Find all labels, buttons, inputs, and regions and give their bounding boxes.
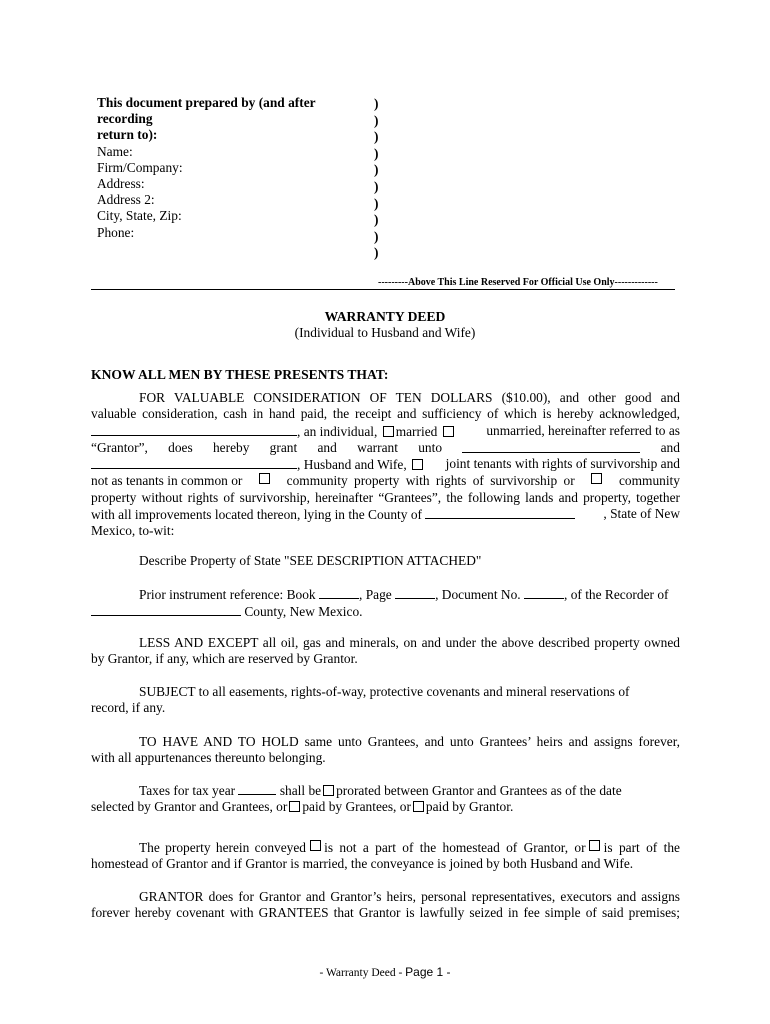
text-line: by Grantor, if any, which are reserved b…	[91, 651, 680, 667]
field-name-label: Name:	[97, 144, 367, 160]
text: is not a part of the homestead of Granto…	[324, 840, 585, 856]
paid-by-grantees-checkbox[interactable]	[289, 801, 300, 812]
text: warrant	[357, 440, 398, 456]
grantee2-name-blank[interactable]	[91, 456, 297, 469]
text-line: County, New Mexico.	[91, 603, 680, 620]
paid-by-grantor-checkbox[interactable]	[413, 801, 424, 812]
text-line: Prior instrument reference: Book , Page …	[91, 586, 680, 603]
field-firm-label: Firm/Company:	[97, 160, 367, 176]
is-homestead-checkbox[interactable]	[589, 840, 600, 851]
text: , Page	[359, 587, 392, 602]
text-line: , Husband and Wife, joint tenants with r…	[91, 456, 680, 473]
text: community property with rights of surviv…	[287, 473, 575, 489]
text: prorated between Grantor and Grantees as…	[336, 783, 622, 798]
text: does	[168, 440, 193, 456]
document-page: This document prepared by (and after rec…	[0, 0, 770, 1024]
footer-title: - Warranty Deed -	[319, 967, 405, 979]
paren: )	[374, 146, 378, 163]
taxes-paragraph: Taxes for tax year shall beprorated betw…	[91, 782, 680, 816]
text-line: FOR VALUABLE CONSIDERATION OF TEN DOLLAR…	[91, 390, 680, 406]
page-blank[interactable]	[395, 586, 435, 599]
less-except-paragraph: LESS AND EXCEPT all oil, gas and mineral…	[91, 635, 680, 668]
subject-paragraph: SUBJECT to all easements, rights-of-way,…	[91, 684, 680, 717]
text: selected by Grantor and Grantees, or	[91, 799, 287, 814]
page-number: Page 1 -	[405, 965, 450, 979]
preparer-heading-2: return to):	[97, 127, 367, 143]
text: The property herein conveyed	[139, 840, 306, 856]
text: Taxes for tax year	[139, 783, 235, 798]
paren: )	[374, 179, 378, 196]
text-line: “Grantor”, does hereby grant and warrant…	[91, 440, 680, 456]
text: unmarried, hereinafter referred to as	[486, 423, 680, 440]
text: , Husband and Wife,	[297, 457, 407, 472]
text: , of the Recorder of	[564, 587, 668, 602]
paren: )	[374, 162, 378, 179]
field-city-state-zip-label: City, State, Zip:	[97, 208, 367, 224]
covenant-paragraph: GRANTOR does for Grantor and Grantor’s h…	[91, 889, 680, 922]
paren: )	[374, 245, 378, 262]
page-footer: - Warranty Deed - Page 1 -	[0, 965, 770, 979]
document-title: WARRANTY DEED	[0, 309, 770, 325]
text: , an individual,	[297, 424, 377, 439]
paren: )	[374, 96, 378, 113]
document-subtitle: (Individual to Husband and Wife)	[0, 325, 770, 341]
field-address2-label: Address 2:	[97, 192, 367, 208]
text: “Grantor”,	[91, 440, 148, 456]
text: is part of the	[604, 840, 680, 856]
text: and	[317, 440, 336, 456]
text: hereby	[213, 440, 249, 456]
document-no-blank[interactable]	[524, 586, 564, 599]
text-line: GRANTOR does for Grantor and Grantor’s h…	[91, 889, 680, 905]
text-line: selected by Grantor and Grantees, orpaid…	[91, 799, 680, 815]
paren: )	[374, 196, 378, 213]
field-phone-label: Phone:	[97, 225, 367, 241]
tax-year-blank[interactable]	[238, 782, 276, 795]
text-line: TO HAVE AND TO HOLD same unto Grantees, …	[91, 734, 680, 750]
not-homestead-checkbox[interactable]	[310, 840, 321, 851]
recorder-county-blank[interactable]	[91, 603, 241, 616]
text-line: Taxes for tax year shall beprorated betw…	[91, 782, 680, 799]
book-blank[interactable]	[319, 586, 359, 599]
text-line: with all improvements located thereon, l…	[91, 506, 680, 523]
paren: )	[374, 212, 378, 229]
text-line: , an individual, married unmarried, here…	[91, 423, 680, 440]
preparer-heading-1: This document prepared by (and after rec…	[97, 95, 367, 127]
homestead-paragraph: The property herein conveyed is not a pa…	[91, 840, 680, 873]
text-line: homestead of Grantor and if Grantor is m…	[91, 856, 680, 872]
text-line: LESS AND EXCEPT all oil, gas and mineral…	[91, 635, 680, 651]
text: County, New Mexico.	[244, 604, 362, 619]
paren: )	[374, 113, 378, 130]
text: paid by Grantees, or	[302, 799, 411, 814]
text: unto	[418, 440, 442, 456]
describe-property: Describe Property of State "SEE DESCRIPT…	[91, 553, 680, 569]
text: shall be	[280, 783, 321, 798]
text: community	[619, 473, 680, 489]
text: FOR VALUABLE CONSIDERATION OF TEN DOLLAR…	[139, 390, 680, 406]
text-line: valuable consideration, cash in hand pai…	[91, 406, 680, 422]
text: with all improvements located thereon, l…	[91, 507, 422, 522]
text: grant	[270, 440, 298, 456]
text-line: SUBJECT to all easements, rights-of-way,…	[91, 684, 680, 700]
grantee-name-blank[interactable]	[462, 440, 640, 453]
prior-instrument-paragraph: Prior instrument reference: Book , Page …	[91, 586, 680, 621]
text: paid by Grantor.	[426, 799, 513, 814]
text-line: record, if any.	[91, 700, 680, 716]
text: married	[396, 424, 438, 439]
reserved-line-label: ---------Above This Line Reserved For Of…	[378, 277, 658, 288]
prorated-checkbox[interactable]	[323, 785, 334, 796]
paren: )	[374, 129, 378, 146]
habendum-paragraph: TO HAVE AND TO HOLD same unto Grantees, …	[91, 734, 680, 767]
grantor-name-blank[interactable]	[91, 423, 297, 436]
text-line: with all appurtenances thereunto belongi…	[91, 750, 680, 766]
married-checkbox[interactable]	[383, 426, 394, 437]
know-all-heading: KNOW ALL MEN BY THESE PRESENTS THAT:	[91, 367, 388, 383]
joint-tenants-checkbox[interactable]	[412, 459, 423, 470]
paren-column: ) ) ) ) ) ) ) ) ) )	[374, 96, 378, 262]
text: not as tenants in common or	[91, 473, 242, 489]
text-line: not as tenants in common or community pr…	[91, 473, 680, 489]
text: , Document No.	[435, 587, 521, 602]
community-without-survivorship-checkbox[interactable]	[591, 473, 602, 484]
divider	[91, 289, 675, 290]
unmarried-checkbox[interactable]	[443, 426, 454, 437]
text: , State of New	[603, 506, 680, 523]
text: joint tenants with rights of survivorshi…	[446, 456, 680, 473]
text-line: Mexico, to-wit:	[91, 523, 680, 539]
county-blank[interactable]	[425, 506, 575, 519]
field-address-label: Address:	[97, 176, 367, 192]
text-line: The property herein conveyed is not a pa…	[91, 840, 680, 856]
text: and	[661, 440, 680, 456]
text-line: property without rights of survivorship,…	[91, 490, 680, 506]
preparer-block: This document prepared by (and after rec…	[97, 95, 367, 241]
text: Prior instrument reference: Book	[139, 587, 316, 602]
consideration-paragraph: FOR VALUABLE CONSIDERATION OF TEN DOLLAR…	[91, 390, 680, 540]
text-line: forever hereby covenant with GRANTEES th…	[91, 905, 680, 921]
community-with-survivorship-checkbox[interactable]	[259, 473, 270, 484]
paren: )	[374, 229, 378, 246]
